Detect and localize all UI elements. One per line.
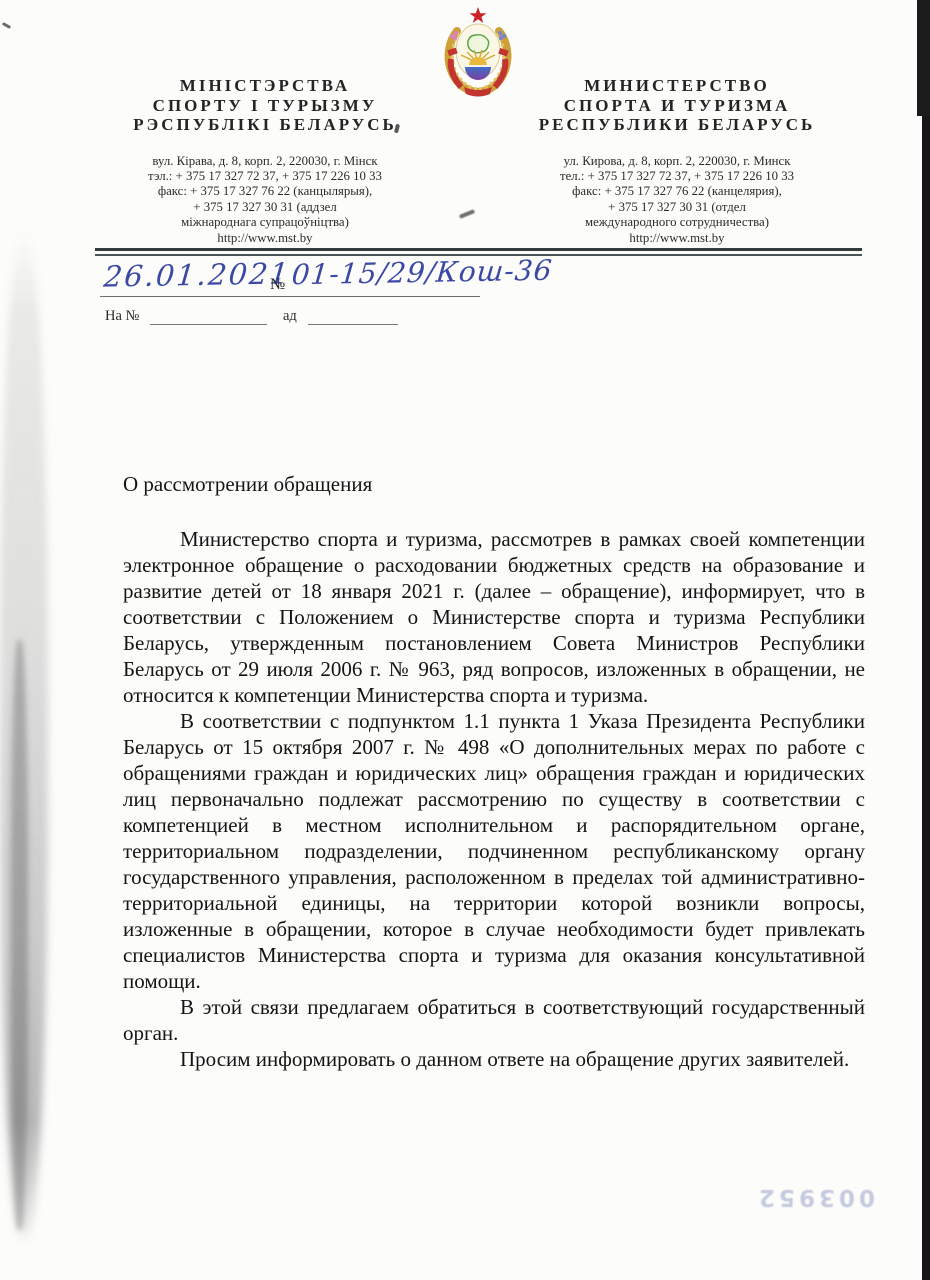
website-url: http://www.mst.by <box>507 231 847 246</box>
scanned-letter-page: 003952 <box>0 0 930 1280</box>
date-underline <box>100 296 318 297</box>
letterhead-belarusian: МІНІСТЭРСТВА СПОРТУ І ТУРЫЗМУ РЭСПУБЛІКІ… <box>95 76 435 246</box>
address-line: міжнароднага супрацоўніцтва) <box>95 215 435 230</box>
address-line: факс: + 375 17 327 76 22 (канцылярыя), <box>95 184 435 199</box>
title-line: СПОРТУ І ТУРЫЗМУ <box>95 96 435 116</box>
scan-speck <box>459 209 475 219</box>
title-line: МИНИСТЕРСТВО <box>507 76 847 96</box>
address-line: вул. Кірава, д. 8, корп. 2, 220030, г. М… <box>95 154 435 169</box>
incoming-number-underline <box>150 324 267 325</box>
website-url: http://www.mst.by <box>95 231 435 246</box>
scan-smudge-left-core <box>11 640 28 1230</box>
letter-body: Министерство спорта и туризма, рассмотре… <box>123 526 865 1072</box>
number-sign-label: № <box>270 276 285 294</box>
body-paragraph: В этой связи предлагаем обратиться в соо… <box>123 994 865 1046</box>
body-paragraph: Просим информировать о данном ответе на … <box>123 1046 865 1072</box>
letterhead-russian: МИНИСТЕРСТВО СПОРТА И ТУРИЗМА РЕСПУБЛИКИ… <box>507 76 847 246</box>
handwritten-reference-number: 01-15/29/Кош-36 <box>290 254 554 292</box>
title-line: РЭСПУБЛІКІ БЕЛАРУСЬ <box>95 115 435 135</box>
address-line: + 375 17 327 30 31 (отдел <box>507 200 847 215</box>
letter-subject: О рассмотрении обращения <box>123 472 372 497</box>
title-line: СПОРТА И ТУРИЗМА <box>507 96 847 116</box>
incoming-from-label: ад <box>283 308 297 325</box>
ministry-address-by: вул. Кірава, д. 8, корп. 2, 220030, г. М… <box>95 154 435 246</box>
scan-edge-right-top <box>917 0 930 116</box>
belarus-coat-of-arms-icon <box>441 5 515 97</box>
body-paragraph: В соответствии с подпунктом 1.1 пункта 1… <box>123 708 865 994</box>
ministry-title-by: МІНІСТЭРСТВА СПОРТУ І ТУРЫЗМУ РЭСПУБЛІКІ… <box>95 76 435 135</box>
faint-stamp-number: 003952 <box>740 1184 890 1210</box>
address-line: международного сотрудничества) <box>507 215 847 230</box>
address-line: + 375 17 327 30 31 (аддзел <box>95 200 435 215</box>
scan-speck <box>2 22 11 29</box>
title-line: МІНІСТЭРСТВА <box>95 76 435 96</box>
address-line: тел.: + 375 17 327 72 37, + 375 17 226 1… <box>507 169 847 184</box>
address-line: тэл.: + 375 17 327 72 37, + 375 17 226 1… <box>95 169 435 184</box>
ministry-address-ru: ул. Кирова, д. 8, корп. 2, 220030, г. Ми… <box>507 154 847 246</box>
ministry-title-ru: МИНИСТЕРСТВО СПОРТА И ТУРИЗМА РЕСПУБЛИКИ… <box>507 76 847 135</box>
body-paragraph: Министерство спорта и туризма, рассмотре… <box>123 526 865 708</box>
address-line: ул. Кирова, д. 8, корп. 2, 220030, г. Ми… <box>507 154 847 169</box>
title-line: РЕСПУБЛИКИ БЕЛАРУСЬ <box>507 115 847 135</box>
incoming-number-label: На № <box>105 308 139 325</box>
incoming-from-underline <box>308 324 398 325</box>
scan-edge-right <box>922 0 930 1280</box>
handwritten-date: 26.01.2021 <box>102 256 291 293</box>
address-line: факс: + 375 17 327 76 22 (канцелярия), <box>507 184 847 199</box>
number-underline <box>292 296 480 297</box>
